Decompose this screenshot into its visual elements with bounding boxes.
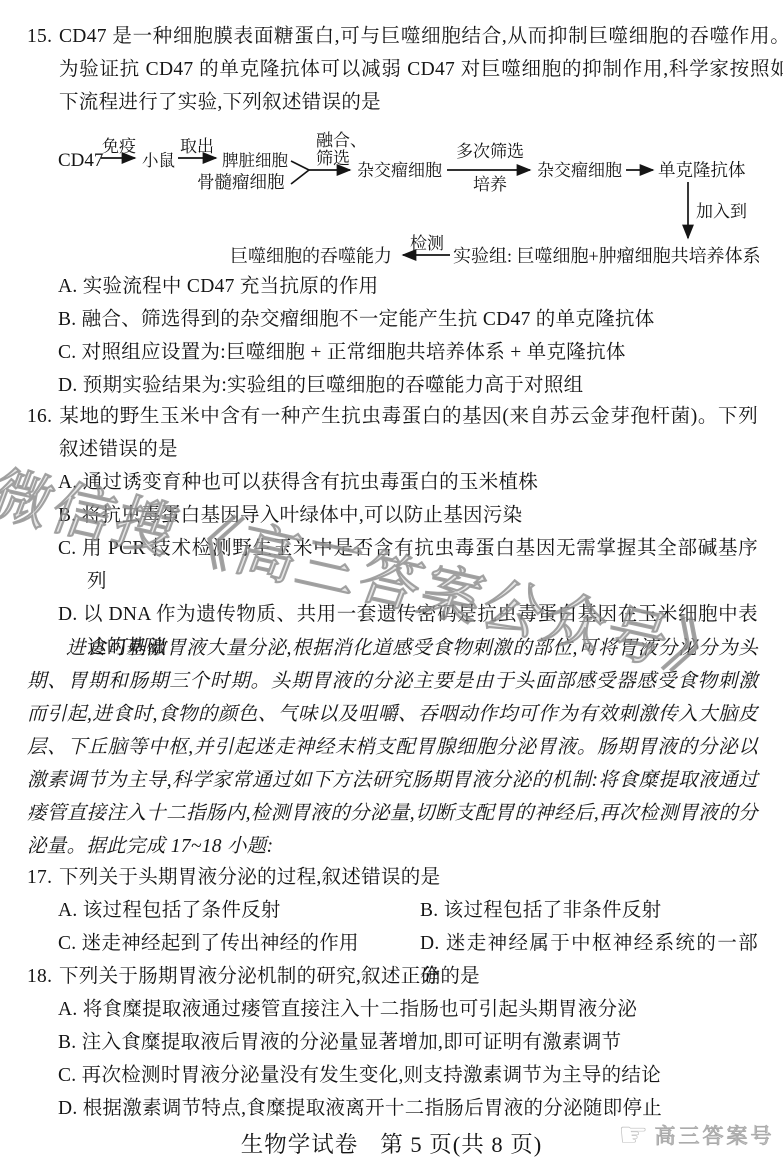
footer-page-number: 第 5 页(共 8 页) (380, 1132, 542, 1157)
label-takeout: 取出 (180, 137, 214, 156)
question-17-stem-text: 下列关于头期胃液分泌的过程,叙述错误的是 (59, 867, 440, 888)
label-fuse-line1: 融合、 (316, 131, 367, 150)
question-15-options: A. 实验流程中 CD47 充当抗原的作用 B. 融合、筛选得到的杂交瘤细胞不一… (27, 270, 758, 402)
node-hybridoma-1: 杂交瘤细胞 (357, 161, 442, 180)
node-hybridoma-2: 杂交瘤细胞 (537, 161, 622, 180)
q17-option-a: A. 该过程包括了条件反射 (58, 894, 420, 927)
q18-option-b: B. 注入食糜提取液后胃液的分泌量显著增加,即可证明有激素调节 (58, 1026, 758, 1059)
q15-option-b: B. 融合、筛选得到的杂交瘤细胞不一定能产生抗 CD47 的单克隆抗体 (58, 303, 758, 336)
label-detect: 检测 (410, 234, 444, 253)
node-experimental-group: 实验组: 巨噬细胞+肿瘤细胞共培养体系 (453, 246, 761, 266)
q18-option-a: A. 将食糜提取液通过瘘管直接注入十二指肠也可引起头期胃液分泌 (58, 993, 758, 1026)
monoclonal-antibody-flow-diagram: CD47 免疫 小鼠 取出 脾脏细胞 骨髓瘤细胞 融合、 筛选 杂交瘤细胞 多次… (0, 118, 783, 280)
node-phagocytosis-ability: 巨噬细胞的吞噬能力 (230, 246, 392, 266)
node-mouse: 小鼠 (142, 151, 175, 170)
q16-option-a: A. 通过诱变育种也可以获得含有抗虫毒蛋白的玉米植株 (58, 466, 758, 499)
label-fuse-line2: 筛选 (316, 149, 350, 168)
question-17-number: 17. (27, 861, 59, 894)
q17-option-b: B. 该过程包括了非条件反射 (420, 894, 758, 927)
question-18-stem-text: 下列关于肠期胃液分泌机制的研究,叙述正确的是 (59, 966, 480, 987)
label-add-to: 加入到 (696, 202, 747, 221)
passage-text: 进食可刺激胃液大量分泌,根据消化道感受食物刺激的部位,可将胃液分泌分为头期、胃期… (27, 632, 758, 863)
node-cd47: CD47 (58, 150, 103, 171)
exam-page: 15.CD47 是一种细胞膜表面糖蛋白,可与巨噬细胞结合,从而抑制巨噬细胞的吞噬… (0, 0, 783, 1174)
question-16-number: 16. (27, 400, 59, 433)
question-17-stem: 17.下列关于头期胃液分泌的过程,叙述错误的是 (27, 861, 758, 894)
question-16-stem-text: 某地的野生玉米中含有一种产生抗虫毒蛋白的基因(来自苏云金芽孢杆菌)。下列叙述错误… (59, 406, 758, 460)
answer-channel-stamp: ☞ 高三答案号 (618, 1118, 774, 1152)
question-16: 16.某地的野生玉米中含有一种产生抗虫毒蛋白的基因(来自苏云金芽孢杆菌)。下列叙… (27, 400, 758, 664)
node-spleen-cells: 脾脏细胞 (222, 151, 288, 170)
stamp-label: 高三答案号 (654, 1120, 774, 1150)
label-immunize: 免疫 (102, 137, 136, 156)
node-monoclonal-antibody: 单克隆抗体 (658, 160, 746, 180)
question-18: 18.下列关于肠期胃液分泌机制的研究,叙述正确的是 A. 将食糜提取液通过瘘管直… (27, 960, 758, 1125)
question-16-stem: 16.某地的野生玉米中含有一种产生抗虫毒蛋白的基因(来自苏云金芽孢杆菌)。下列叙… (27, 400, 758, 466)
question-18-number: 18. (27, 960, 59, 993)
question-15-stem: 15.CD47 是一种细胞膜表面糖蛋白,可与巨噬细胞结合,从而抑制巨噬细胞的吞噬… (27, 20, 783, 119)
question-15-stem-text: CD47 是一种细胞膜表面糖蛋白,可与巨噬细胞结合,从而抑制巨噬细胞的吞噬作用。… (59, 26, 783, 113)
q15-option-d: D. 预期实验结果为:实验组的巨噬细胞的吞噬能力高于对照组 (58, 369, 758, 402)
label-screening-top: 多次筛选 (456, 142, 524, 161)
q16-option-c: C. 用 PCR 技术检测野生玉米中是否含有抗虫毒蛋白基因无需掌握其全部碱基序列 (58, 532, 758, 598)
footer-paper-title: 生物学试卷 (241, 1132, 359, 1157)
q18-option-c: C. 再次检测时胃液分泌量没有发生变化,则支持激素调节为主导的结论 (58, 1059, 758, 1092)
pointing-hand-icon: ☞ (618, 1118, 648, 1152)
question-18-stem: 18.下列关于肠期胃液分泌机制的研究,叙述正确的是 (27, 960, 758, 993)
q15-option-c: C. 对照组应设置为:巨噬细胞 + 正常细胞共培养体系 + 单克隆抗体 (58, 336, 758, 369)
gastric-secretion-passage: 进食可刺激胃液大量分泌,根据消化道感受食物刺激的部位,可将胃液分泌分为头期、胃期… (27, 632, 758, 863)
converge-line-bottom (291, 170, 309, 184)
q15-option-a: A. 实验流程中 CD47 充当抗原的作用 (58, 270, 758, 303)
node-myeloma-cells: 骨髓瘤细胞 (197, 172, 285, 192)
converge-line-top (291, 161, 309, 170)
label-screening-bottom: 培养 (473, 175, 507, 194)
question-15-number: 15. (27, 20, 59, 53)
q16-option-b: B. 将抗虫毒蛋白基因导入叶绿体中,可以防止基因污染 (58, 499, 758, 532)
